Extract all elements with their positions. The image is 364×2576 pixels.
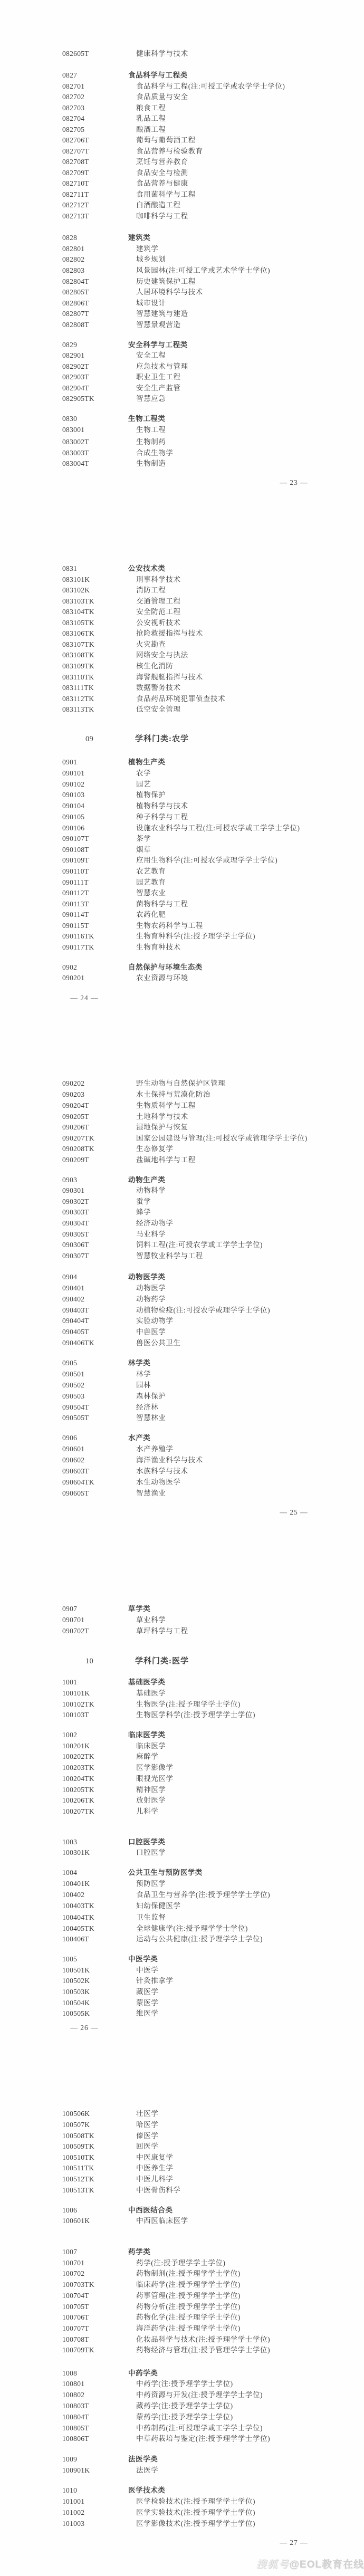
major-row: 090114T农药化肥 xyxy=(0,909,364,920)
major-code: 082605T xyxy=(62,49,89,59)
major-name: 建筑学 xyxy=(136,244,158,254)
major-name: 公安视听技术 xyxy=(136,618,181,628)
major-name: 人居环境科学与技术 xyxy=(136,287,203,298)
major-name: 药物经济与管理(注:授予管理学学士学位) xyxy=(136,2345,270,2355)
major-name: 智慧牧业科学与工程 xyxy=(136,1251,203,1261)
major-row: 083002T生物制药 xyxy=(0,437,364,447)
major-code: 100402 xyxy=(62,1890,84,1900)
major-row: 100501K中医学 xyxy=(0,1965,364,1976)
major-name: 中西医结合类 xyxy=(128,2205,173,2216)
major-row: 082807T智慧建筑与建造 xyxy=(0,309,364,319)
major-name: 生物制药 xyxy=(136,437,166,447)
major-name: 放射医学 xyxy=(136,1795,166,1806)
major-code: 090501 xyxy=(62,1369,84,1380)
major-row: 090105种子科学与工程 xyxy=(0,812,364,822)
major-code: 100804T xyxy=(62,2412,89,2422)
major-code: 090107T xyxy=(62,834,89,844)
major-name: 食品营养与检验教育 xyxy=(136,146,203,157)
major-code: 082710T xyxy=(62,178,89,189)
major-row: 082707T食品营养与检验教育 xyxy=(0,146,364,157)
document-page: 082605T健康科学与技术0827食品科学与工程类082701食品科学与工程(… xyxy=(0,0,364,2576)
major-code: 090207TK xyxy=(62,1133,94,1144)
major-name: 动物科学 xyxy=(136,1185,166,1196)
major-code: 101001 xyxy=(62,2496,84,2507)
major-row: 082801建筑学 xyxy=(0,244,364,254)
major-name: 卫生监督 xyxy=(136,1912,166,1923)
major-name: 历史建筑保护工程 xyxy=(136,276,196,287)
major-code: 082802 xyxy=(62,254,84,265)
major-name: 食品安全与检测 xyxy=(136,168,188,178)
major-code: 090208TK xyxy=(62,1144,94,1154)
major-code: 100201K xyxy=(62,1741,90,1751)
major-code: 082708T xyxy=(62,157,89,167)
major-code: 100706T xyxy=(62,2312,89,2323)
major-name: 数据警务技术 xyxy=(136,683,181,693)
major-name: 中药资源与开发(注:授予理学学士学位) xyxy=(136,2390,263,2400)
major-code: 100202TK xyxy=(62,1751,94,1762)
major-row: 090103植物保护 xyxy=(0,790,364,800)
major-name: 城市设计 xyxy=(136,298,166,309)
major-code: 100204TK xyxy=(62,1774,94,1784)
major-name: 烹饪与营养教育 xyxy=(136,157,188,167)
major-name: 药学(注:授予理学学士学位) xyxy=(136,2258,226,2268)
major-row: 090404T实验动物学 xyxy=(0,1316,364,1326)
major-row: 100510TK中医康复学 xyxy=(0,2152,364,2163)
major-row: 090107T茶学 xyxy=(0,834,364,844)
major-code: 100802 xyxy=(62,2390,84,2400)
major-name: 蒙药学(注:授予理学学士学位) xyxy=(136,2412,233,2422)
major-code: 083002T xyxy=(62,437,89,447)
major-code: 082905TK xyxy=(62,394,94,404)
major-code: 100506K xyxy=(62,2109,90,2119)
major-code: 083105TK xyxy=(62,618,94,628)
major-code: 100206TK xyxy=(62,1795,94,1806)
major-row: 082802城乡规划 xyxy=(0,254,364,265)
major-code: 082806T xyxy=(62,298,89,309)
major-code: 100507K xyxy=(62,2120,90,2130)
major-code: 100502K xyxy=(62,1976,90,1986)
major-code: 100505K xyxy=(62,2008,90,2019)
major-name: 预防医学 xyxy=(136,1879,166,1889)
major-code: 082713T xyxy=(62,211,89,222)
major-name: 公共卫生与预防医学类 xyxy=(128,1868,203,1878)
major-row: 090701草业科学 xyxy=(0,1615,364,1625)
major-row: 101001医学检验技术(注:授予理学学士学位) xyxy=(0,2496,364,2507)
major-name: 临床医学类 xyxy=(128,1730,166,1740)
major-name: 智慧渔业 xyxy=(136,1488,166,1499)
major-code: 100102TK xyxy=(62,1699,94,1710)
major-name: 经济林 xyxy=(136,1402,158,1413)
major-name: 生物育种技术 xyxy=(136,942,181,953)
major-code: 100901K xyxy=(62,2465,90,2476)
major-row: 083110TK海警舰艇指挥与技术 xyxy=(0,672,364,683)
major-code: 082807T xyxy=(62,309,89,319)
major-code: 1002 xyxy=(62,1730,77,1740)
major-name: 生物制造 xyxy=(136,458,166,469)
major-name: 药物制剂(注:授予理学学士学位) xyxy=(136,2268,241,2279)
major-row: 090101农学 xyxy=(0,768,364,779)
major-name: 哈医学 xyxy=(136,2120,158,2130)
major-code: 101003 xyxy=(62,2518,84,2529)
major-row: 100203TK医学影像学 xyxy=(0,1763,364,1773)
major-row: 090109T应用生物科学(注:可授农学或理学学士学位) xyxy=(0,855,364,866)
major-code: 090108T xyxy=(62,845,89,855)
major-category-row: 0829安全科学与工程类 xyxy=(0,340,364,350)
major-name: 城乡规划 xyxy=(136,254,166,265)
major-name: 草业科学 xyxy=(136,1615,166,1625)
major-row: 082803风景园林(注:可授工学或艺术学学士学位) xyxy=(0,265,364,276)
major-code: 0828 xyxy=(62,233,77,243)
major-row: 100706T药物化学(注:授予理学学士学位) xyxy=(0,2312,364,2323)
major-row: 090206T湿地保护与恢复 xyxy=(0,1122,364,1133)
major-name: 生态修复学 xyxy=(136,1144,174,1154)
major-row: 090208TK生态修复学 xyxy=(0,1144,364,1154)
major-code: 100704T xyxy=(62,2291,89,2301)
major-code: 100205TK xyxy=(62,1785,94,1795)
major-row: 090207TK国家公园建设与管理(注:可授农学或管理学学士学位) xyxy=(0,1133,364,1144)
major-name: 学科门类:医学 xyxy=(135,1656,189,1667)
major-code: 090603T xyxy=(62,1466,89,1477)
major-code: 083003T xyxy=(62,448,89,458)
major-name: 园艺教育 xyxy=(136,877,166,888)
major-row: 090603T水族科学与技术 xyxy=(0,1466,364,1477)
major-row: 090201农业资源与环境 xyxy=(0,973,364,983)
major-code: 083110TK xyxy=(62,672,94,683)
major-row: 090702T草坪科学与工程 xyxy=(0,1626,364,1636)
major-name: 动物生产类 xyxy=(128,1175,166,1185)
major-row: 090503森林保护 xyxy=(0,1391,364,1402)
major-name: 动植物检疫(注:可授农学或理学学士学位) xyxy=(136,1305,270,1316)
major-row: 083004T生物制造 xyxy=(0,458,364,469)
major-row: 100301K口腔医学 xyxy=(0,1847,364,1858)
major-name: 蒙医学 xyxy=(136,1998,158,2008)
major-code: 090301 xyxy=(62,1185,84,1196)
major-row: 082905TK智慧应急 xyxy=(0,394,364,404)
major-name: 蜂学 xyxy=(136,1207,151,1218)
major-name: 野生动物与自然保护区管理 xyxy=(136,1078,225,1089)
major-code: 090402 xyxy=(62,1294,84,1305)
major-name: 公安技术类 xyxy=(128,563,166,574)
major-row: 083103TK交通管理工程 xyxy=(0,596,364,607)
major-row: 100701药学(注:授予理学学士学位) xyxy=(0,2258,364,2268)
major-row: 083001生物工程 xyxy=(0,425,364,435)
major-name: 回医学 xyxy=(136,2141,158,2152)
major-code: 10 xyxy=(85,1656,93,1667)
major-code: 082701 xyxy=(62,81,84,92)
major-row: 100509TK回医学 xyxy=(0,2141,364,2152)
major-name: 蚕学 xyxy=(136,1196,151,1207)
discipline-door-row: 10学科门类:医学 xyxy=(0,1656,364,1667)
major-name: 基础医学类 xyxy=(128,1677,166,1688)
major-name: 低空安全管理 xyxy=(136,704,181,715)
major-row: 083111TK数据警务技术 xyxy=(0,683,364,693)
major-name: 临床药学(注:授予理学学士学位) xyxy=(136,2280,241,2290)
major-row: 100507K哈医学 xyxy=(0,2120,364,2130)
major-code: 100709TK xyxy=(62,2345,94,2355)
major-code: 090702T xyxy=(62,1626,89,1636)
major-row: 082902T应急技术与管理 xyxy=(0,361,364,372)
major-row: 100504K蒙医学 xyxy=(0,1998,364,2008)
major-code: 090406TK xyxy=(62,1338,94,1348)
major-name: 马业科学 xyxy=(136,1229,166,1240)
page-number: — 27 — xyxy=(272,2537,316,2548)
major-row: 090601水产养殖学 xyxy=(0,1444,364,1454)
major-name: 食品营养与健康 xyxy=(136,178,188,189)
major-code: 083102K xyxy=(62,585,90,596)
major-code: 090105 xyxy=(62,812,84,822)
major-name: 智慧应急 xyxy=(136,394,166,404)
major-name: 菌物科学与工程 xyxy=(136,899,188,909)
major-code: 100806T xyxy=(62,2434,89,2444)
major-name: 安全科学与工程类 xyxy=(128,340,188,350)
major-name: 安全防范工程 xyxy=(136,607,181,617)
major-row: 082710T食品营养与健康 xyxy=(0,178,364,189)
major-code: 1008 xyxy=(62,2368,77,2379)
major-name: 食用菌科学与工程 xyxy=(136,189,196,200)
major-code: 082712T xyxy=(62,200,89,210)
major-row: 090307T智慧牧业科学与工程 xyxy=(0,1251,364,1261)
major-code: 090112T xyxy=(62,888,89,898)
major-code: 082705 xyxy=(62,125,84,135)
major-name: 口腔医学类 xyxy=(128,1837,166,1847)
major-row: 082712T白酒酿造工程 xyxy=(0,200,364,210)
major-row: 101003医学影像技术(注:授予理学学士学位) xyxy=(0,2518,364,2529)
major-row: 090209T盐碱地科学与工程 xyxy=(0,1155,364,1165)
major-row: 100502K针灸推拿学 xyxy=(0,1976,364,1986)
major-name: 植物保护 xyxy=(136,790,166,800)
major-name: 园艺 xyxy=(136,779,151,790)
major-row: 082901安全工程 xyxy=(0,350,364,361)
major-code: 1001 xyxy=(62,1677,77,1688)
major-name: 实验动物学 xyxy=(136,1316,174,1326)
major-row: 090306T饲料工程(注:可授农学或工学学士学位) xyxy=(0,1240,364,1250)
major-category-row: 1006中西医结合类 xyxy=(0,2205,364,2216)
major-code: 100512TK xyxy=(62,2174,94,2185)
major-category-row: 0903动物生产类 xyxy=(0,1175,364,1185)
major-row: 090504T经济林 xyxy=(0,1402,364,1413)
major-row: 100403TK妇幼保健医学 xyxy=(0,1901,364,1911)
major-code: 090303T xyxy=(62,1207,89,1218)
major-code: 100406T xyxy=(62,1934,89,1945)
major-name: 水产类 xyxy=(128,1433,150,1443)
major-code: 090116TK xyxy=(62,931,94,942)
major-code: 082704 xyxy=(62,113,84,124)
major-code: 100601K xyxy=(62,2216,90,2226)
major-name: 精神医学 xyxy=(136,1785,166,1795)
major-code: 090503 xyxy=(62,1391,84,1402)
major-row: 090501林学 xyxy=(0,1369,364,1380)
major-row: 100202TK麻醉学 xyxy=(0,1751,364,1762)
major-code: 101002 xyxy=(62,2507,84,2518)
major-name: 水土保持与荒漠化防治 xyxy=(136,1089,210,1100)
major-code: 100703TK xyxy=(62,2280,94,2290)
major-name: 全球健康学(注:授予理学学士学位) xyxy=(136,1923,248,1934)
major-name: 风景园林(注:可授工学或艺术学学士学位) xyxy=(136,265,270,276)
major-category-row: 0831公安技术类 xyxy=(0,563,364,574)
major-code: 100503K xyxy=(62,1987,90,1997)
major-code: 083103TK xyxy=(62,596,94,607)
major-name: 食品科学与工程(注:可授工学或农学学士学位) xyxy=(136,81,285,92)
major-row: 090401动物医学 xyxy=(0,1283,364,1294)
major-row: 082708T烹饪与营养教育 xyxy=(0,157,364,167)
major-name: 医学技术类 xyxy=(128,2485,166,2496)
major-name: 白酒酿造工程 xyxy=(136,200,181,210)
major-code: 1007 xyxy=(62,2247,77,2257)
major-category-row: 0904动物医学类 xyxy=(0,1272,364,1282)
major-category-row: 0902自然保护与环境生态类 xyxy=(0,962,364,973)
major-name: 中药制药(注:可授理学或工学学士学位) xyxy=(136,2423,263,2434)
major-code: 090206T xyxy=(62,1122,89,1133)
major-row: 090304T经济动物学 xyxy=(0,1218,364,1229)
major-name: 农学 xyxy=(136,768,151,779)
major-row: 082705酿酒工程 xyxy=(0,125,364,135)
major-row: 082605T健康科学与技术 xyxy=(0,49,364,59)
major-code: 082904T xyxy=(62,383,89,394)
major-code: 082901 xyxy=(62,350,84,361)
major-name: 国家公园建设与管理(注:可授农学或管理学学士学位) xyxy=(136,1133,308,1144)
major-name: 生物医学(注:授予理学学士学位) xyxy=(136,1699,241,1710)
major-row: 082704乳品工程 xyxy=(0,113,364,124)
major-name: 职业卫生工程 xyxy=(136,372,181,382)
major-name: 中草药栽培与鉴定(注:授予理学学士学位) xyxy=(136,2434,270,2444)
major-name: 草坪科学与工程 xyxy=(136,1626,188,1636)
major-code: 0829 xyxy=(62,340,77,350)
major-row: 090205T土地科学与技术 xyxy=(0,1112,364,1122)
major-row: 082806T城市设计 xyxy=(0,298,364,309)
major-code: 090403T xyxy=(62,1305,89,1316)
major-row: 090505T智慧林业 xyxy=(0,1413,364,1423)
major-name: 藏医学 xyxy=(136,1987,158,1997)
major-code: 090106 xyxy=(62,823,84,834)
major-name: 安全生产监管 xyxy=(136,383,181,394)
major-row: 090203水土保持与荒漠化防治 xyxy=(0,1089,364,1100)
major-name: 消防工程 xyxy=(136,585,166,596)
major-name: 化妆品科学与技术(注:授予理学学士学位) xyxy=(136,2334,270,2345)
major-code: 082707T xyxy=(62,146,89,157)
major-code: 100403TK xyxy=(62,1901,94,1911)
major-row: 083108TK网络安全与执法 xyxy=(0,650,364,660)
major-name: 茶学 xyxy=(136,834,151,844)
major-code: 100509TK xyxy=(62,2141,94,2152)
page-number: — 23 — xyxy=(272,477,316,488)
major-name: 生物育种科学(注:授予理学学士学位) xyxy=(136,931,255,942)
major-name: 临床医学 xyxy=(136,1741,166,1751)
major-name: 生物工程 xyxy=(136,425,166,435)
major-row: 100511TK中医养生学 xyxy=(0,2163,364,2173)
major-code: 083108TK xyxy=(62,650,94,660)
major-category-row: 1005中医学类 xyxy=(0,1954,364,1965)
major-code: 100701 xyxy=(62,2258,84,2268)
major-code: 100405TK xyxy=(62,1923,94,1934)
major-row: 100801中药学(注:授予理学学士学位) xyxy=(0,2379,364,2389)
major-row: 100803T藏药学(注:授予理学学士学位) xyxy=(0,2401,364,2411)
major-row: 083109TK核生化消防 xyxy=(0,661,364,672)
major-code: 090101 xyxy=(62,768,84,779)
major-row: 082702食品质量与安全 xyxy=(0,92,364,102)
major-name: 妇幼保健医学 xyxy=(136,1901,181,1911)
major-row: 100513TK中医骨伤科学 xyxy=(0,2185,364,2196)
major-row: 100103T生物医学科学(注:授予理学学士学位) xyxy=(0,1710,364,1720)
major-name: 傣医学 xyxy=(136,2131,158,2141)
major-category-row: 1009法医学类 xyxy=(0,2454,364,2465)
major-name: 智慧建筑与建造 xyxy=(136,309,188,319)
major-code: 083106TK xyxy=(62,628,94,639)
major-row: 100404TK卫生监督 xyxy=(0,1912,364,1923)
major-name: 中兽医学 xyxy=(136,1327,166,1337)
major-row: 100806T中草药栽培与鉴定(注:授予理学学士学位) xyxy=(0,2434,364,2444)
major-category-row: 0828建筑类 xyxy=(0,233,364,243)
major-code: 090601 xyxy=(62,1444,84,1454)
major-code: 100404TK xyxy=(62,1912,94,1923)
major-code: 090201 xyxy=(62,973,84,983)
major-category-row: 0905林学类 xyxy=(0,1358,364,1368)
major-name: 安全工程 xyxy=(136,350,166,361)
major-code: 100203TK xyxy=(62,1763,94,1773)
major-row: 082904T安全生产监管 xyxy=(0,383,364,394)
major-code: 090307T xyxy=(62,1251,89,1261)
major-code: 090204T xyxy=(62,1100,89,1111)
major-name: 健康科学与技术 xyxy=(136,49,188,59)
major-code: 090115T xyxy=(62,921,89,931)
major-row: 090405T中兽医学 xyxy=(0,1327,364,1337)
major-code: 1006 xyxy=(62,2205,77,2216)
major-name: 智慧景观营造 xyxy=(136,320,181,330)
major-code: 090305T xyxy=(62,1229,89,1240)
major-row: 090116TK生物育种科学(注:授予理学学士学位) xyxy=(0,931,364,942)
major-name: 中医骨伤科学 xyxy=(136,2185,181,2196)
major-code: 083107TK xyxy=(62,639,94,650)
major-code: 090401 xyxy=(62,1283,84,1294)
major-row: 100405TK全球健康学(注:授予理学学士学位) xyxy=(0,1923,364,1934)
major-code: 090209T xyxy=(62,1155,89,1165)
major-name: 运动与公共健康(注:授予理学学士学位) xyxy=(136,1934,263,1945)
major-row: 083003T合成生物学 xyxy=(0,448,364,458)
major-name: 生物农药科学与工程 xyxy=(136,921,203,931)
major-name: 森林保护 xyxy=(136,1391,166,1402)
major-code: 082902T xyxy=(62,361,89,372)
major-name: 粮食工程 xyxy=(136,103,166,113)
major-name: 草学类 xyxy=(128,1604,150,1614)
major-row: 082703粮食工程 xyxy=(0,103,364,113)
major-row: 082706T葡萄与葡萄酒工程 xyxy=(0,135,364,146)
major-name: 食品卫生与营养学(注:授予理学学士学位) xyxy=(136,1890,270,1900)
major-name: 种子科学与工程 xyxy=(136,812,188,822)
major-code: 090109T xyxy=(62,855,89,866)
major-row: 100601K中西医临床医学 xyxy=(0,2216,364,2226)
major-row: 100805T中药制药(注:可授理学或工学学士学位) xyxy=(0,2423,364,2434)
major-code: 083113TK xyxy=(62,704,94,715)
major-name: 动物医学类 xyxy=(128,1272,166,1282)
major-name: 土地科学与技术 xyxy=(136,1112,188,1122)
major-row: 100802中药资源与开发(注:授予理学学士学位) xyxy=(0,2390,364,2400)
major-row: 100707T海洋药学(注:授予理学学士学位) xyxy=(0,2323,364,2334)
discipline-door-row: 09学科门类:农学 xyxy=(0,734,364,744)
major-row: 100804T蒙药学(注:授予理学学士学位) xyxy=(0,2412,364,2422)
major-category-row: 0906水产类 xyxy=(0,1433,364,1443)
major-row: 090108T烟草 xyxy=(0,845,364,855)
major-name: 医学影像技术(注:授予理学学士学位) xyxy=(136,2518,255,2529)
major-name: 烟草 xyxy=(136,845,151,855)
major-code: 100301K xyxy=(62,1847,90,1858)
major-code: 1005 xyxy=(62,1954,77,1965)
major-name: 自然保护与环境生态类 xyxy=(128,962,203,973)
major-category-row: 0830生物工程类 xyxy=(0,414,364,424)
major-code: 090203 xyxy=(62,1089,84,1100)
major-name: 针灸推拿学 xyxy=(136,1976,174,1986)
major-row: 090204T生物质科学与工程 xyxy=(0,1100,364,1111)
major-row: 090106设施农业科学与工程(注:可授农学或工学学士学位) xyxy=(0,823,364,834)
major-name: 林学 xyxy=(136,1369,151,1380)
